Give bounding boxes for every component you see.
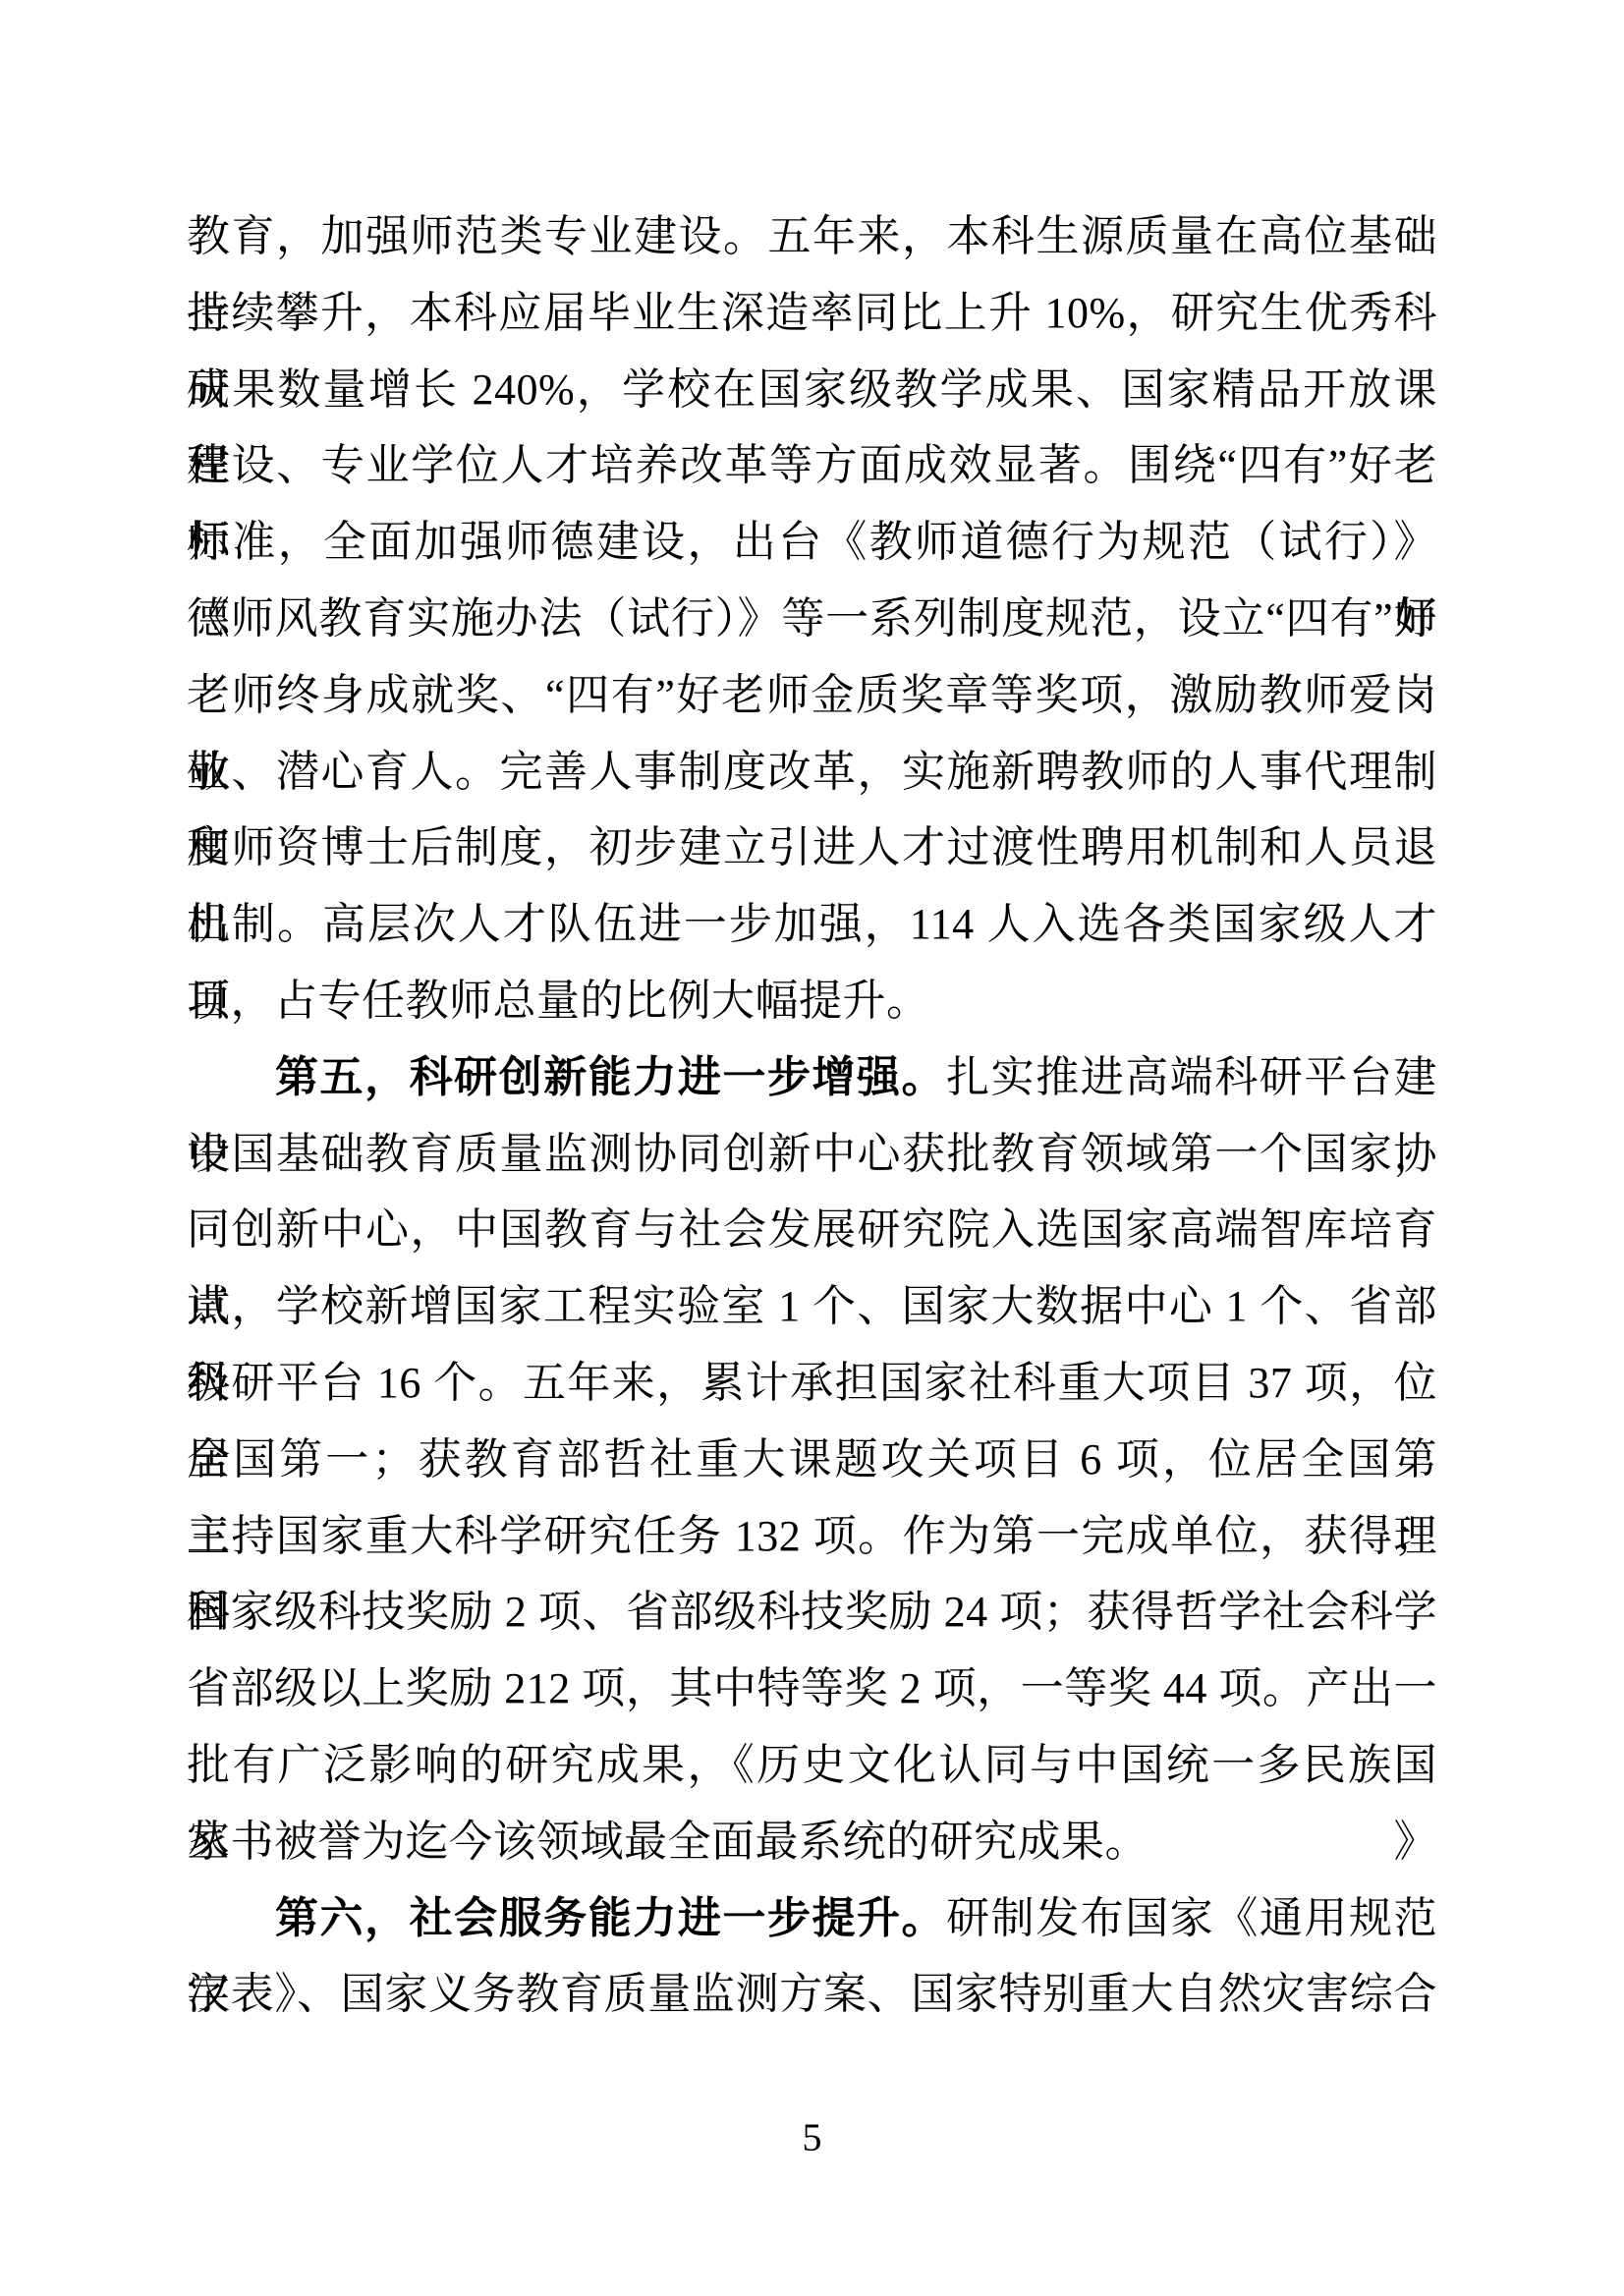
text-line: 主持国家重大科学研究任务 132 项。作为第一完成单位，获得理科 <box>187 1498 1437 1575</box>
body-text-run: 省部级以上奖励 212 项，其中特等奖 2 项，一等奖 44 项。产出一 <box>187 1664 1437 1712</box>
text-line: 持续攀升，本科应届毕业生深造率同比上升 10%，研究生优秀科研 <box>187 275 1437 352</box>
text-line: 和师资博士后制度，初步建立引进人才过渡性聘用机制和人员退出 <box>187 810 1437 886</box>
text-line: 德师风教育实施办法（试行）》等一系列制度规范，设立“四有”好 <box>187 581 1437 657</box>
body-text-run: 中国基础教育质量监测协同创新中心获批教育领域第一个国家协 <box>187 1130 1437 1178</box>
paragraph-lead-line: 第六，社会服务能力进一步提升。研制发布国家《通用规范汉 <box>187 1880 1437 1957</box>
text-line: 国家级科技奖励 2 项、省部级科技奖励 24 项；获得哲学社会科学 <box>187 1574 1437 1651</box>
body-text-run: 目，占专任教师总量的比例大幅提升。 <box>187 977 930 1025</box>
body-text-run: 字表》、国家义务教育质量监测方案、国家特别重大自然灾害综合 <box>187 1970 1437 2018</box>
section-heading-run: 第六，社会服务能力进一步提升。 <box>275 1894 946 1942</box>
text-line: 科研平台 16 个。五年来，累计承担国家社科重大项目 37 项，位居 <box>187 1345 1437 1422</box>
section-heading-run: 第五，科研创新能力进一步增强。 <box>275 1053 946 1101</box>
page-number: 5 <box>0 2110 1624 2165</box>
text-line: 省部级以上奖励 212 项，其中特等奖 2 项，一等奖 44 项。产出一 <box>187 1651 1437 1727</box>
text-line: 老师终身成就奖、“四有”好老师金质奖章等奖项，激励教师爱岗敬 <box>187 657 1437 734</box>
text-block: 教育，加强师范类专业建设。五年来，本科生源质量在高位基础上持续攀升，本科应届毕业… <box>187 198 1437 2033</box>
text-line: 点，学校新增国家工程实验室 1 个、国家大数据中心 1 个、省部级 <box>187 1268 1437 1345</box>
paragraph-lead-line: 第五，科研创新能力进一步增强。扎实推进高端科研平台建设， <box>187 1039 1437 1116</box>
text-line: 标准，全面加强师德建设，出台《教师道德行为规范（试行）》《师 <box>187 504 1437 581</box>
text-line: 成果数量增长 240%，学校在国家级教学成果、国家精品开放课程 <box>187 352 1437 428</box>
text-line: 同创新中心，中国教育与社会发展研究院入选国家高端智库培育试 <box>187 1192 1437 1268</box>
text-line: 教育，加强师范类专业建设。五年来，本科生源质量在高位基础上 <box>187 198 1437 275</box>
text-line: 业、潜心育人。完善人事制度改革，实施新聘教师的人事代理制度 <box>187 734 1437 811</box>
body-text-run: 德师风教育实施办法（试行）》等一系列制度规范，设立“四有”好 <box>187 594 1437 643</box>
text-line: 批有广泛影响的研究成果，《历史文化认同与中国统一多民族国家》 <box>187 1727 1437 1804</box>
text-line: 中国基础教育质量监测协同创新中心获批教育领域第一个国家协 <box>187 1116 1437 1193</box>
text-line: 机制。高层次人才队伍进一步加强，114 人入选各类国家级人才项 <box>187 886 1437 963</box>
document-page: 教育，加强师范类专业建设。五年来，本科生源质量在高位基础上持续攀升，本科应届毕业… <box>0 0 1624 2296</box>
body-text-run: 丛书被誉为迄今该领域最全面最系统的研究成果。 <box>187 1818 1148 1866</box>
text-line: 建设、专业学位人才培养改革等方面成效显著。围绕“四有”好老师 <box>187 427 1437 504</box>
text-line: 字表》、国家义务教育质量监测方案、国家特别重大自然灾害综合 <box>187 1956 1437 2033</box>
body-text-run: 国家级科技奖励 2 项、省部级科技奖励 24 项；获得哲学社会科学 <box>187 1588 1437 1636</box>
text-line: 目，占专任教师总量的比例大幅提升。 <box>187 963 1437 1039</box>
text-line: 全国第一；获教育部哲社重大课题攻关项目 6 项，位居全国第三； <box>187 1422 1437 1498</box>
